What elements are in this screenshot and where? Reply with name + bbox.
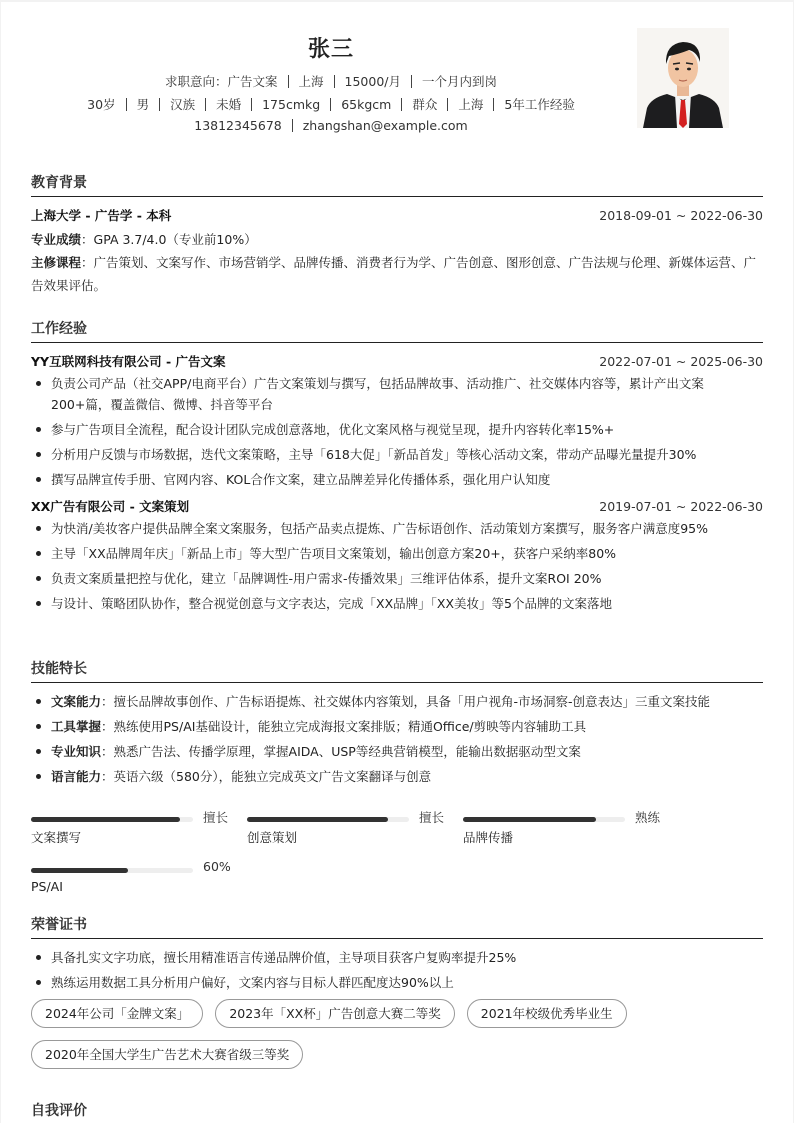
skill-bar-fill: [31, 817, 180, 822]
list-item: 主导「XX品牌周年庆」「新品上市」等大型广告项目文案策划，输出创意方案20+，获…: [31, 543, 763, 564]
list-item: 具备扎实文字功底，擅长用精准语言传递品牌价值，主导项目获客户复购率提升25%: [31, 947, 763, 968]
courses-label: 主修课程: [31, 255, 81, 270]
award-chip: 2020年全国大学生广告艺术大赛省级三等奖: [31, 1040, 303, 1069]
skill-bar-track: [247, 817, 409, 822]
divider: [288, 75, 289, 88]
job-row: YY互联网科技有限公司 - 广告文案 2022-07-01 ~ 2025-06-…: [31, 353, 763, 371]
list-item: 熟练运用数据工具分析用户偏好，文案内容与目标人群匹配度达90%以上: [31, 972, 763, 993]
skill-text: ：擅长品牌故事创作、广告标语提炼、社交媒体内容策划，具备「用户视角-市场洞察-创…: [101, 694, 710, 709]
skill-level: 熟练: [635, 808, 660, 826]
divider: [493, 98, 494, 111]
list-item: 负责公司产品（社交APP/电商平台）广告文案策划与撰写，包括品牌故事、活动推广、…: [31, 373, 763, 415]
intent-city: 上海: [299, 74, 324, 89]
work-section: 工作经验 YY互联网科技有限公司 - 广告文案 2022-07-01 ~ 202…: [31, 318, 763, 618]
job-bullets: 为快消/美妆客户提供品牌全案文案服务，包括产品卖点提炼、广告标语创作、活动策划方…: [31, 518, 763, 614]
school-degree: 上海大学 - 广告学 - 本科: [31, 207, 171, 225]
list-item: 分析用户反馈与市场数据，迭代文案策略，主导「618大促」「新品首发」等核心活动文…: [31, 444, 763, 465]
job-company-title: XX广告有限公司 - 文案策划: [31, 498, 189, 516]
marital-status: 未婚: [216, 97, 241, 112]
expected-salary: 15000/月: [345, 74, 401, 89]
gender: 男: [137, 97, 150, 112]
skill-bar: 60% PS/AI: [31, 859, 231, 899]
list-item: 工具掌握：熟练使用PS/AI基础设计，能独立完成海报文案排版；精通Office/…: [31, 716, 763, 737]
skills-section: 技能特长 文案能力：擅长品牌故事创作、广告标语提炼、社交媒体内容策划，具备「用户…: [31, 658, 763, 791]
job-date: 2022-07-01 ~ 2025-06-30: [599, 353, 763, 371]
section-title-self-eval: 自我评价: [31, 1100, 763, 1123]
divider: [330, 98, 331, 111]
divider: [126, 98, 127, 111]
divider: [447, 98, 448, 111]
list-item: 负责文案质量把控与优化，建立「品牌调性-用户需求-传播效果」三维评估体系，提升文…: [31, 568, 763, 589]
skill-text: ：熟悉广告法、传播学原理，掌握AIDA、USP等经典营销模型，能输出数据驱动型文…: [101, 744, 581, 759]
resume-header: 张三 求职意向：广告文案上海15000/月一个月内到岗 30岁男汉族未婚175c…: [1, 2, 793, 152]
height: 175cmkg: [262, 97, 320, 112]
section-title-education: 教育背景: [31, 172, 763, 197]
gpa-line: 专业成绩：GPA 3.7/4.0（专业前10%）: [31, 228, 763, 251]
list-item: 为快消/美妆客户提供品牌全案文案服务，包括产品卖点提炼、广告标语创作、活动策划方…: [31, 518, 763, 539]
email: zhangshan@example.com: [303, 118, 468, 133]
award-chips: 2024年公司「金牌文案」 2023年「XX杯」广告创意大赛二等奖 2021年校…: [31, 999, 763, 1069]
list-item: 文案能力：擅长品牌故事创作、广告标语提炼、社交媒体内容策划，具备「用户视角-市场…: [31, 691, 763, 712]
section-title-honors: 荣誉证书: [31, 914, 763, 939]
skill-name: 创意策划: [247, 828, 297, 846]
list-item: 撰写品牌宣传手册、官网内容、KOL合作文案，建立品牌差异化传播体系，强化用户认知…: [31, 469, 763, 490]
list-item: 与设计、策略团队协作，整合视觉创意与文字表达，完成「XX品牌」「XX美妆」等5个…: [31, 593, 763, 614]
divider: [205, 98, 206, 111]
skill-bar: 熟练 品牌传播: [463, 808, 663, 848]
skill-bar-track: [31, 817, 193, 822]
section-title-skills: 技能特长: [31, 658, 763, 683]
gpa-label: 专业成绩: [31, 232, 81, 247]
divider: [334, 75, 335, 88]
skill-label: 专业知识: [51, 744, 101, 759]
award-chip: 2021年校级优秀毕业生: [467, 999, 627, 1028]
avatar-photo: [637, 28, 729, 128]
personal-info-line: 30岁男汉族未婚175cmkg65kgcm群众上海5年工作经验: [1, 95, 661, 113]
skill-name: 文案撰写: [31, 828, 81, 846]
list-item: 参与广告项目全流程，配合设计团队完成创意落地，优化文案风格与视觉呈现，提升内容转…: [31, 419, 763, 440]
honors-section: 荣誉证书 具备扎实文字功底，擅长用精准语言传递品牌价值，主导项目获客户复购率提升…: [31, 914, 763, 1069]
skill-bar: 擅长 文案撰写: [31, 808, 231, 848]
skill-bar-fill: [247, 817, 388, 822]
divider: [251, 98, 252, 111]
skill-name: PS/AI: [31, 879, 63, 894]
section-title-work: 工作经验: [31, 318, 763, 343]
job-bullets: 负责公司产品（社交APP/电商平台）广告文案策划与撰写，包括品牌故事、活动推广、…: [31, 373, 763, 490]
education-section: 教育背景 上海大学 - 广告学 - 本科 2018-09-01 ~ 2022-0…: [31, 172, 763, 297]
gpa-value: ：GPA 3.7/4.0（专业前10%）: [81, 232, 257, 247]
award-chip: 2023年「XX杯」广告创意大赛二等奖: [215, 999, 454, 1028]
skill-level: 60%: [203, 859, 231, 874]
divider: [411, 75, 412, 88]
job-intent-line: 求职意向：广告文案上海15000/月一个月内到岗: [1, 72, 661, 90]
political-status: 群众: [412, 97, 437, 112]
age: 30岁: [87, 97, 115, 112]
job-date: 2019-07-01 ~ 2022-06-30: [599, 498, 763, 516]
skill-label: 文案能力: [51, 694, 101, 709]
skill-label: 语言能力: [51, 769, 101, 784]
job-company-title: YY互联网科技有限公司 - 广告文案: [31, 353, 226, 371]
skill-bar-fill: [463, 817, 596, 822]
job-row: XX广告有限公司 - 文案策划 2019-07-01 ~ 2022-06-30: [31, 498, 763, 516]
award-chip: 2024年公司「金牌文案」: [31, 999, 203, 1028]
skill-name: 品牌传播: [463, 828, 513, 846]
skill-label: 工具掌握: [51, 719, 101, 734]
weight: 65kgcm: [341, 97, 391, 112]
job-intent: 求职意向：广告文案: [165, 74, 278, 89]
ethnicity: 汉族: [170, 97, 195, 112]
avatar-illustration-icon: [637, 28, 729, 128]
divider: [292, 119, 293, 132]
divider: [401, 98, 402, 111]
resume-page: 张三 求职意向：广告文案上海15000/月一个月内到岗 30岁男汉族未婚175c…: [1, 2, 793, 1123]
education-date: 2018-09-01 ~ 2022-06-30: [599, 207, 763, 225]
candidate-name: 张三: [1, 32, 661, 63]
list-item: 专业知识：熟悉广告法、传播学原理，掌握AIDA、USP等经典营销模型，能输出数据…: [31, 741, 763, 762]
contact-line: 13812345678zhangshan@example.com: [1, 118, 661, 133]
work-years: 5年工作经验: [504, 97, 574, 112]
education-row: 上海大学 - 广告学 - 本科 2018-09-01 ~ 2022-06-30: [31, 207, 763, 225]
skills-bullets: 文案能力：擅长品牌故事创作、广告标语提炼、社交媒体内容策划，具备「用户视角-市场…: [31, 691, 763, 787]
skill-bar: 擅长 创意策划: [247, 808, 447, 848]
list-item: 语言能力：英语六级（580分），能独立完成英文广告文案翻译与创意: [31, 766, 763, 787]
courses-value: ：广告策划、文案写作、市场营销学、品牌传播、消费者行为学、广告创意、图形创意、广…: [31, 255, 756, 293]
skill-level: 擅长: [419, 808, 444, 826]
skill-bar-track: [463, 817, 625, 822]
availability: 一个月内到岗: [422, 74, 497, 89]
courses-line: 主修课程：广告策划、文案写作、市场营销学、品牌传播、消费者行为学、广告创意、图形…: [31, 251, 763, 297]
skill-bar-track: [31, 868, 193, 873]
divider: [159, 98, 160, 111]
skill-bar-fill: [31, 868, 128, 873]
phone: 13812345678: [194, 118, 281, 133]
honors-bullets: 具备扎实文字功底，擅长用精准语言传递品牌价值，主导项目获客户复购率提升25% 熟…: [31, 947, 763, 993]
skill-text: ：熟练使用PS/AI基础设计，能独立完成海报文案排版；精通Office/剪映等内…: [101, 719, 586, 734]
skill-text: ：英语六级（580分），能独立完成英文广告文案翻译与创意: [101, 769, 431, 784]
skill-level: 擅长: [203, 808, 228, 826]
location: 上海: [458, 97, 483, 112]
self-eval-section: 自我评价: [31, 1100, 763, 1123]
